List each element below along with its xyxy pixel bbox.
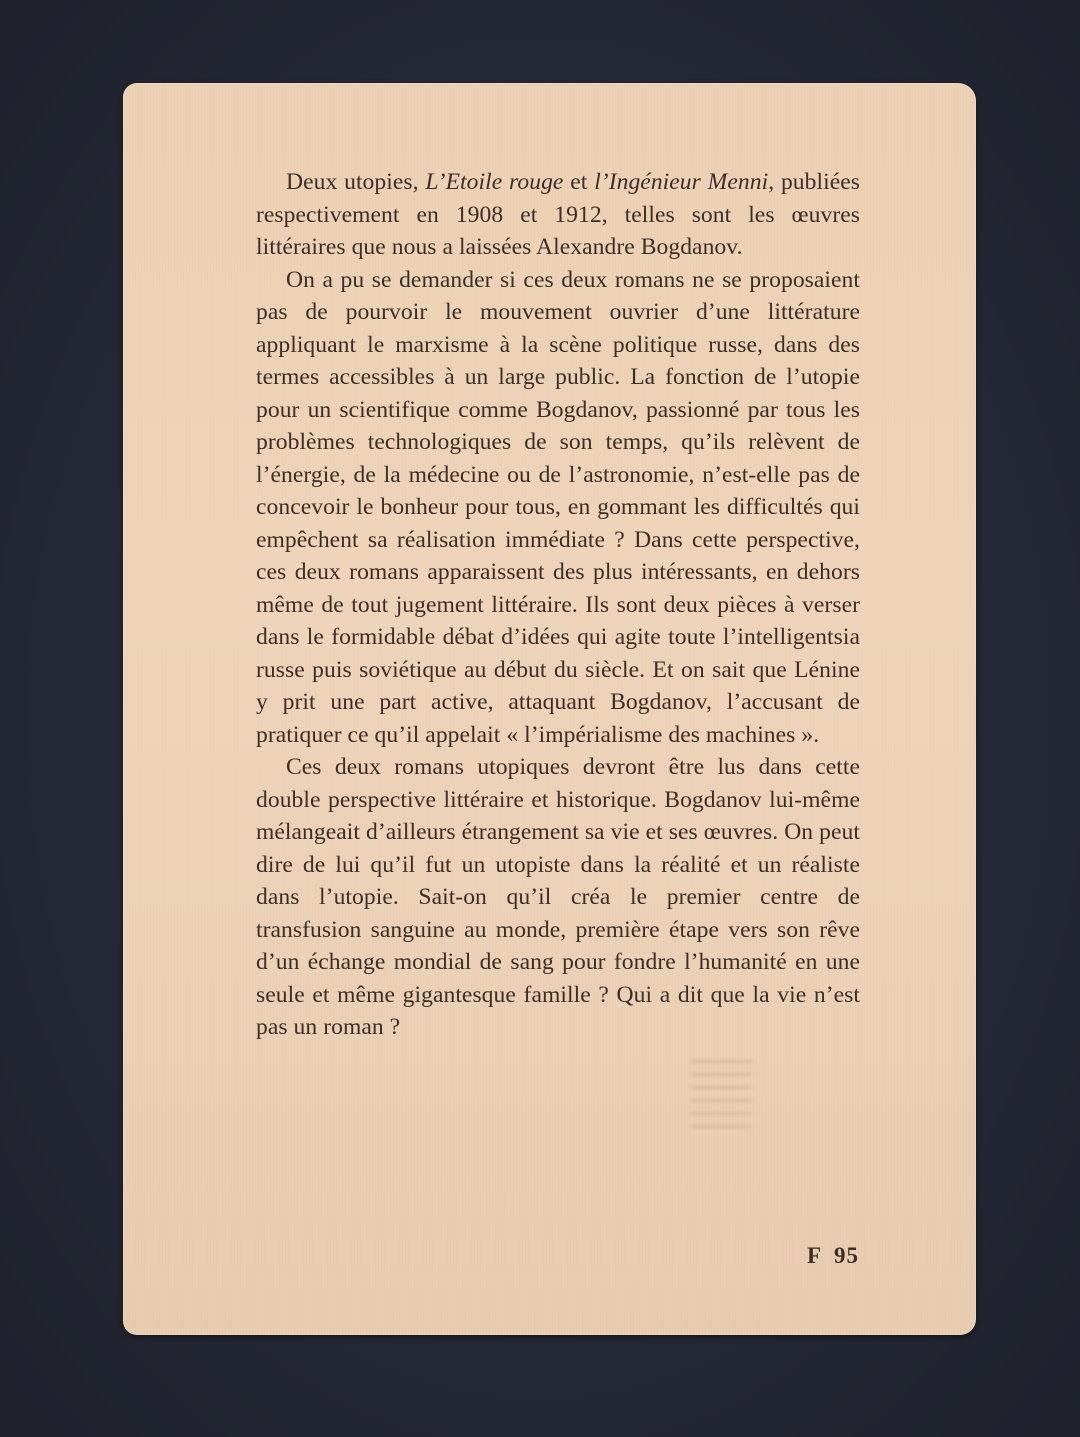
paragraph-1-text-a: Deux utopies, <box>286 169 425 195</box>
title-letoile-rouge: L’Etoile rouge <box>425 169 563 195</box>
book-back-cover: Deux utopies, L’Etoile rouge et l’Ingéni… <box>123 83 976 1335</box>
price-code: F 95 <box>807 1243 859 1269</box>
blurb-paragraph-3: Ces deux romans utopiques devront être l… <box>256 751 860 1044</box>
blurb-paragraph-2: On a pu se demander si ces deux romans n… <box>256 264 860 752</box>
title-lingenieur-menni: l’Ingénieur Menni <box>594 169 768 195</box>
blurb-paragraph-1: Deux utopies, L’Etoile rouge et l’Ingéni… <box>256 166 860 264</box>
faded-stamp-mark <box>690 1058 752 1128</box>
paragraph-3-text: Ces deux romans utopiques devront être l… <box>256 754 860 1040</box>
back-cover-blurb: Deux utopies, L’Etoile rouge et l’Ingéni… <box>256 166 860 1044</box>
paragraph-1-text-b: et <box>563 169 594 195</box>
paragraph-2-text: On a pu se demander si ces deux romans n… <box>256 267 860 748</box>
